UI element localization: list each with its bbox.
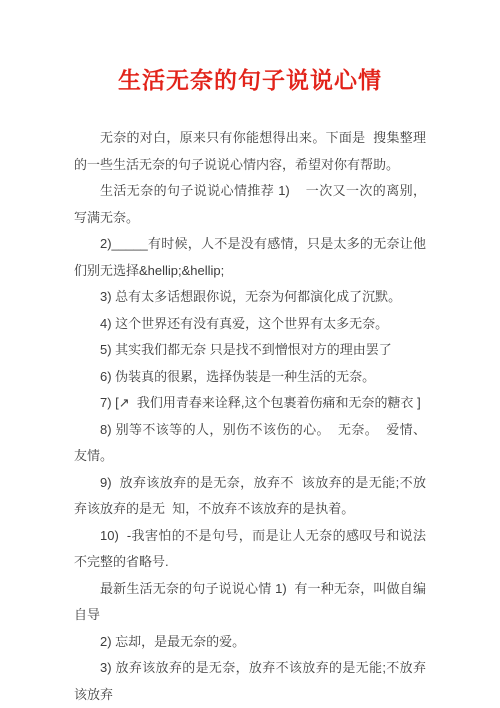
paragraph-item-2: 2)_____有时候，人不是没有感情，只是太多的无奈让他们别无选择&hellip…: [74, 231, 426, 284]
article-body: 无奈的对白，原来只有你能想得出来。下面是 搜集整理的一些生活无奈的句子说说心情内…: [74, 125, 426, 708]
paragraph-item-8: 8) 别等不该等的人，别伤不该伤的心。 无奈。 爱情、友情。: [74, 417, 426, 470]
paragraph-recommend-1: 生活无奈的句子说说心情推荐 1) 一次又一次的离别，写满无奈。: [74, 178, 426, 231]
paragraph-latest-3: 3) 放弃该放弃的是无奈，放弃不该放弃的是无能;不放弃该放弃: [74, 655, 426, 708]
paragraph-intro: 无奈的对白，原来只有你能想得出来。下面是 搜集整理的一些生活无奈的句子说说心情内…: [74, 125, 426, 178]
paragraph-item-4: 4) 这个世界还有没有真爱，这个世界有太多无奈。: [74, 311, 426, 338]
paragraph-item-5: 5) 其实我们都无奈 只是找不到憎恨对方的理由罢了: [74, 337, 426, 364]
paragraph-item-3: 3) 总有太多话想跟你说，无奈为何都演化成了沉默。: [74, 284, 426, 311]
paragraph-item-10: 10) -我害怕的不是句号，而是让人无奈的感叹号和说法不完整的省略号.: [74, 523, 426, 576]
paragraph-latest-2: 2) 忘却，是最无奈的爱。: [74, 629, 426, 656]
paragraph-item-7: 7) [↗ 我们用青春来诠释,这个包裹着伤痛和无奈的糖衣 ]: [74, 390, 426, 417]
paragraph-item-9: 9) 放弃该放弃的是无奈，放弃不 该放弃的是无能;不放弃该放弃的是无 知，不放弃…: [74, 470, 426, 523]
paragraph-item-6: 6) 伪装真的很累，选择伪装是一种生活的无奈。: [74, 364, 426, 391]
paragraph-latest-1: 最新生活无奈的句子说说心情 1) 有一种无奈，叫做自编自导: [74, 576, 426, 629]
page-title: 生活无奈的句子说说心情: [0, 0, 500, 95]
document-page: 生活无奈的句子说说心情 无奈的对白，原来只有你能想得出来。下面是 搜集整理的一些…: [0, 0, 500, 708]
